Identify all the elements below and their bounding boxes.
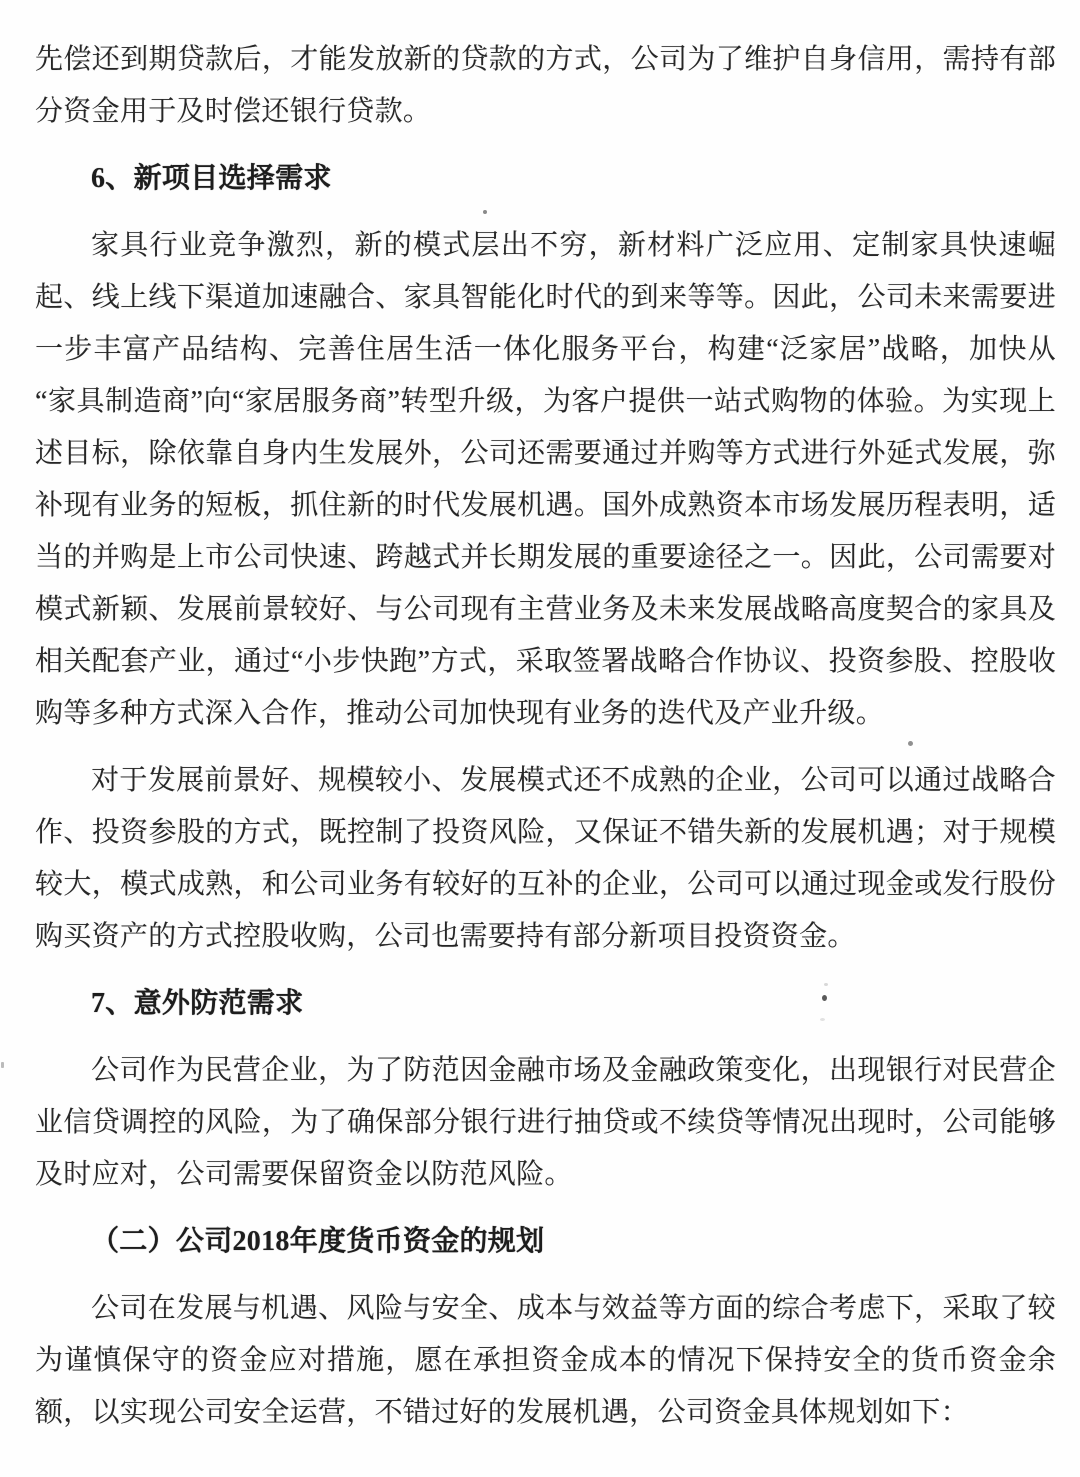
paragraph-industry-competition: 家具行业竞争激烈，新的模式层出不穷，新材料广泛应用、定制家具快速崛起、线上线下渠… [35,220,1056,740]
paragraph-continuation: 先偿还到期贷款后，才能发放新的贷款的方式，公司为了维护自身信用，需持有部分资金用… [35,34,1056,138]
section-heading-2018-fund-plan: （二）公司2018年度货币资金的规划 [35,1216,1056,1268]
section-heading-6-new-project-need: 6、新项目选择需求 [35,153,1056,205]
paragraph-fund-plan-intro: 公司在发展与机遇、风险与安全、成本与效益等方面的综合考虑下，采取了较为谨慎保守的… [35,1283,1056,1439]
paragraph-private-enterprise-risk: 公司作为民营企业，为了防范因金融市场及金融政策变化，出现银行对民营企业信贷调控的… [35,1045,1056,1201]
paragraph-investment-approach: 对于发展前景好、规模较小、发展模式还不成熟的企业，公司可以通过战略合作、投资参股… [35,755,1056,963]
scan-speck [908,741,913,746]
scan-speck [822,995,827,1001]
section-heading-7-contingency-need: 7、意外防范需求 [35,978,1056,1030]
document-page: 先偿还到期贷款后，才能发放新的贷款的方式，公司为了维护自身信用，需持有部分资金用… [0,0,1080,1477]
scan-speck [824,983,828,986]
scan-speck [483,210,487,214]
scan-speck [1,1062,4,1068]
scan-speck [820,1018,825,1021]
